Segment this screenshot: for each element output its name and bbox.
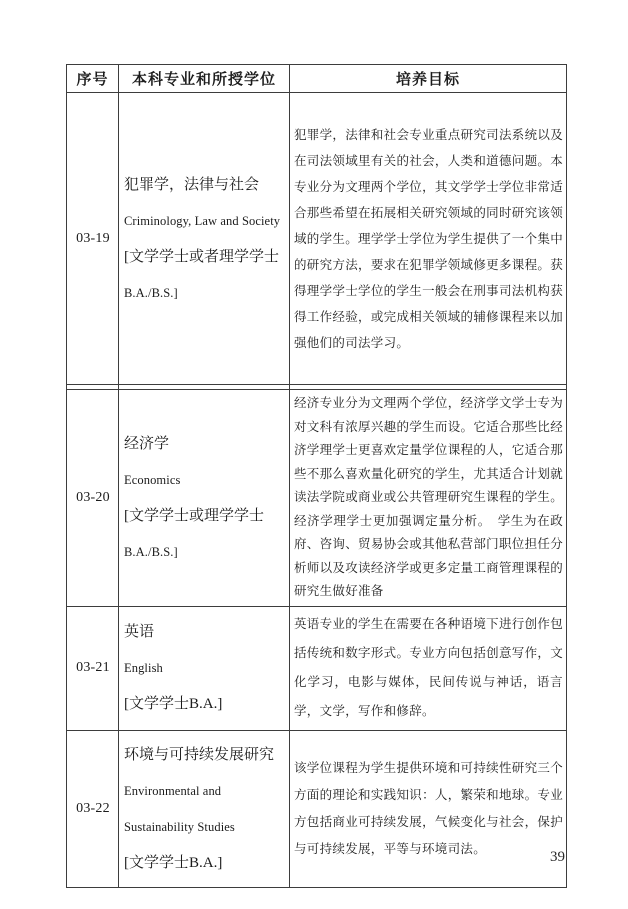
row-objective-text: 经济专业分为文理两个学位，经济学文学士专为对文科有浓厚兴趣的学生而设。它适合那些… <box>290 390 566 606</box>
row-major-cell: 经济学 Economics [文学学士或理学学士 B.A./B.S.] <box>118 390 289 606</box>
table-header-row: 序号 本科专业和所授学位 培养目标 <box>67 65 566 93</box>
row-objective-cell: 经济专业分为文理两个学位，经济学文学士专为对文科有浓厚兴趣的学生而设。它适合那些… <box>289 390 566 606</box>
table-row: 03-21 英语 English [文学学士B.A.] 英语专业的学生在需要在各… <box>67 607 566 731</box>
major-name-en-line2: Sustainability Studies <box>124 809 287 845</box>
major-name-en: Criminology, Law and Society <box>124 203 287 239</box>
major-degree-line1: [文学学士或者理学学士 <box>124 239 287 275</box>
major-name-zh: 犯罪学，法律与社会 <box>124 167 287 203</box>
header-col-serial: 序号 <box>67 65 118 92</box>
row-major-cell: 犯罪学，法律与社会 Criminology, Law and Society [… <box>118 93 289 384</box>
major-degree-line2: B.A./B.S.] <box>124 275 287 311</box>
major-name-en-line1: Environmental and <box>124 773 287 809</box>
majors-degree-table: 序号 本科专业和所授学位 培养目标 03-19 犯罪学，法律与社会 Crimin… <box>66 64 567 888</box>
major-degree-line2: B.A./B.S.] <box>124 534 287 570</box>
row-major-cell: 英语 English [文学学士B.A.] <box>118 607 289 730</box>
table-row: 03-19 犯罪学，法律与社会 Criminology, Law and Soc… <box>67 93 566 385</box>
row-objective-text: 英语专业的学生在需要在各种语境下进行创作包括传统和数字形式。专业方向包括创意写作… <box>290 608 566 728</box>
row-objective-cell: 英语专业的学生在需要在各种语境下进行创作包括传统和数字形式。专业方向包括创意写作… <box>289 607 566 730</box>
row-serial-number: 03-20 <box>67 390 118 606</box>
major-name-zh: 经济学 <box>124 426 287 462</box>
row-objective-cell: 犯罪学，法律和社会专业重点研究司法系统以及在司法领域里有关的社会，人类和道德问题… <box>289 93 566 384</box>
major-name-zh: 英语 <box>124 614 287 650</box>
major-name-zh: 环境与可持续发展研究 <box>124 737 287 773</box>
row-objective-text: 犯罪学，法律和社会专业重点研究司法系统以及在司法领域里有关的社会，人类和道德问题… <box>290 120 566 358</box>
document-page: 序号 本科专业和所授学位 培养目标 03-19 犯罪学，法律与社会 Crimin… <box>0 0 628 909</box>
row-serial-number: 03-19 <box>67 93 118 384</box>
header-col-objective: 培养目标 <box>289 65 566 92</box>
row-objective-text: 该学位课程为学生提供环境和可持续性研究三个方面的理论和实践知识：人，繁荣和地球。… <box>290 753 566 865</box>
header-col-major: 本科专业和所授学位 <box>118 65 289 92</box>
row-serial-number: 03-21 <box>67 607 118 730</box>
table-row: 03-20 经济学 Economics [文学学士或理学学士 B.A./B.S.… <box>67 390 566 607</box>
major-name-en: English <box>124 650 287 686</box>
major-degree-line1: [文学学士或理学学士 <box>124 498 287 534</box>
page-number: 39 <box>66 849 565 866</box>
major-name-en: Economics <box>124 462 287 498</box>
major-degree-line1: [文学学士B.A.] <box>124 686 287 722</box>
